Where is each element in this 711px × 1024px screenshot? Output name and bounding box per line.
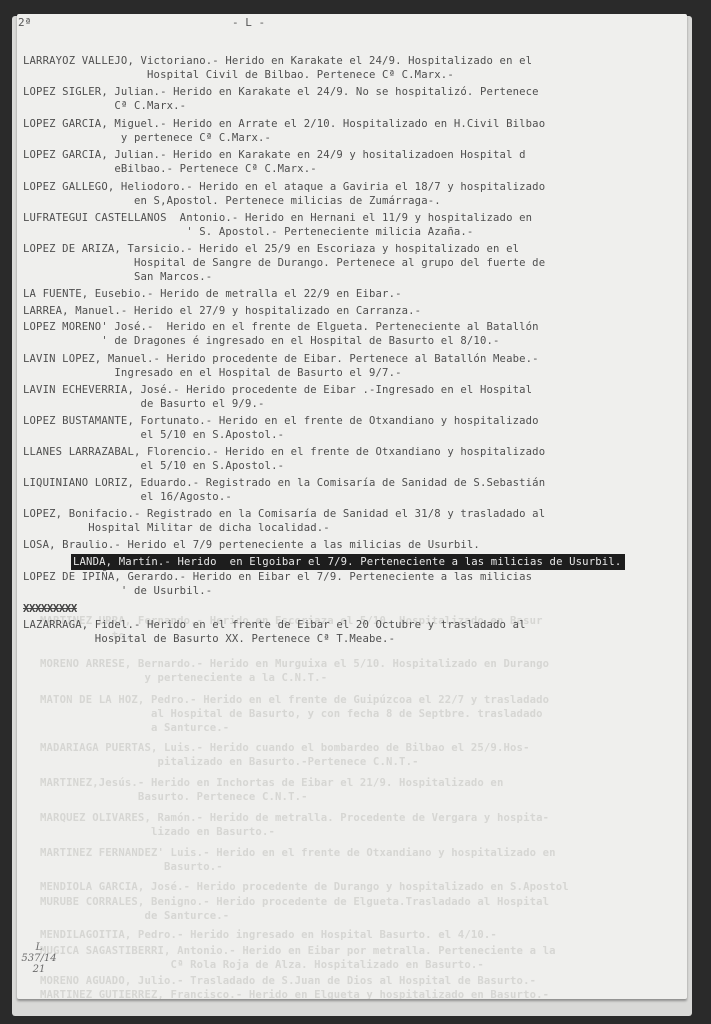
bleed-line: MARQUEZ OLIVARES, Ramón.- Herido de metr… [40,811,549,825]
bleed-line: MORENO ARRESE, Bernardo.- Herido en Murg… [40,657,549,671]
entry-line: Hospital Civil de Bilbao. Pertenece Cª C… [23,68,454,82]
entry-line: LOSA, Braulio.- Herido el 7/9 pertenecie… [23,538,480,552]
bleed-line: MORENO AGUADO, Julio.- Trasladado de S.J… [40,974,536,988]
entry-line: y pertenece Cª C.Marx.- [23,131,271,145]
entry-line: LOPEZ MORENO' José.- Herido en el frente… [23,320,539,334]
entry-line: ' de Dragones é ingresado en el Hospital… [23,334,500,348]
margin-note: L 537/14 21 [19,942,59,975]
entry-line: el 16/Agosto.- [23,490,232,504]
bleed-line: MARTINEZ,Jesús.- Herido en Inchortas de … [40,776,504,790]
entry-line: San Marcos.- [23,270,212,284]
entry-line: LOPEZ, Bonifacio.- Registrado en la Comi… [23,507,545,521]
entry-line: LOPEZ SIGLER, Julian.- Herido en Karakat… [23,85,539,99]
bleed-line: MUGICA SAGASTIBERRI, Antonio.- Herido en… [40,944,556,958]
struck-out-text: XXXXXXXXX [23,602,77,616]
entry-line: LOPEZ GARCIA, Miguel.- Herido en Arrate … [23,117,545,131]
margin-note-line: L [19,942,59,953]
letter-heading: - L - [232,16,265,29]
bleed-line: MURUBE CORRALES, Benigno.- Herido proced… [40,895,549,909]
bleed-line: de Santurce.- [40,909,229,923]
entry-line: LOPEZ GALLEGO, Heliodoro.- Herido en el … [23,180,545,194]
entry-line: en S,Apostol. Pertenece milicias de Zumá… [23,194,441,208]
entry-line: Ingresado en el Hospital de Basurto el 9… [23,366,402,380]
entry-line: Hospital Militar de dicha localidad.- [23,521,330,535]
scanned-document: MARTINEZ URRA, Fernando.- Herido en Esco… [0,0,711,1024]
margin-note-line: 21 [19,964,59,975]
entry-line: LARRAYOZ VALLEJO, Victoriano.- Herido en… [23,54,532,68]
entry-line: Hospital de Basurto XX. Pertenece Cª T.M… [23,632,395,646]
bleed-line: MENDILAGOITIA, Pedro.- Herido ingresado … [40,928,497,942]
entry-line: LIQUINIANO LORIZ, Eduardo.- Registrado e… [23,476,545,490]
entry-line: LA FUENTE, Eusebio.- Herido de metralla … [23,287,402,301]
entry-line: LLANES LARRAZABAL, Florencio.- Herido en… [23,445,545,459]
page-number: 2ª [18,16,31,29]
bleed-line: MADARIAGA PUERTAS, Luis.- Herido cuando … [40,741,530,755]
entry-line: LUFRATEGUI CASTELLANOS Antonio.- Herido … [23,211,532,225]
entry-line: LOPEZ DE IPIÑA, Gerardo.- Herido en Eiba… [23,570,532,584]
entry-line: de Basurto el 9/9.- [23,397,265,411]
entry-line: LAZARRAGA, Fidel.- Herido en el frente d… [23,618,526,632]
bleed-line: MATON DE LA HOZ, Pedro.- Herido en el fr… [40,693,549,707]
highlighted-entry-line: LANDA, Martín.- Herido en Elgoibar el 7/… [71,554,625,570]
bleed-line: MARTINEZ FERNANDEZ' Luis.- Herido en el … [40,846,556,860]
margin-note-line: 537/14 [19,953,59,964]
entry-line: LAVIN ECHEVERRIA, José.- Herido proceden… [23,383,532,397]
entry-line: el 5/10 en S.Apostol.- [23,428,284,442]
entry-line: el 5/10 en S.Apostol.- [23,459,284,473]
bleed-line: y perteneciente a la C.N.T.- [40,671,327,685]
entry-line: Hospital de Sangre de Durango. Pertenece… [23,256,545,270]
entry-line: ' S. Apostol.- Perteneciente milicia Aza… [23,225,473,239]
bleed-line: MENDIOLA GARCIA, José.- Herido procedent… [40,880,569,894]
entry-line: ' de Usurbil.- [23,584,212,598]
document-page: MARTINEZ URRA, Fernando.- Herido en Esco… [17,14,687,999]
bleed-line: a Santurce.- [40,721,229,735]
entry-line: LOPEZ DE ARIZA, Tarsicio.- Herido el 25/… [23,242,519,256]
entry-line: LOPEZ GARCIA, Julian.- Herido en Karakat… [23,148,526,162]
bleed-line: Basurto. Pertenece C.N.T.- [40,790,308,804]
entry-line: LAVIN LOPEZ, Manuel.- Herido procedente … [23,352,539,366]
bleed-line: Basurto.- [40,860,223,874]
bleed-line: lizado en Basurto.- [40,825,275,839]
entry-line: Cª C.Marx.- [23,99,186,113]
bleed-line: Cª Rola Roja de Alza. Hospitalizado en B… [40,958,484,972]
bleed-line: MARTINEZ GUTIERREZ, Francisco.- Herido e… [40,988,549,999]
bleed-line: pitalizado en Basurto.-Pertenece C.N.T.- [40,755,419,769]
bleed-line: al Hospital de Basurto, y con fecha 8 de… [40,707,543,721]
entry-line: eBilbao.- Pertenece Cª C.Marx.- [23,162,317,176]
entry-line: LOPEZ BUSTAMANTE, Fortunato.- Herido en … [23,414,539,428]
entry-line: LARREA, Manuel.- Herido el 27/9 y hospit… [23,304,421,318]
